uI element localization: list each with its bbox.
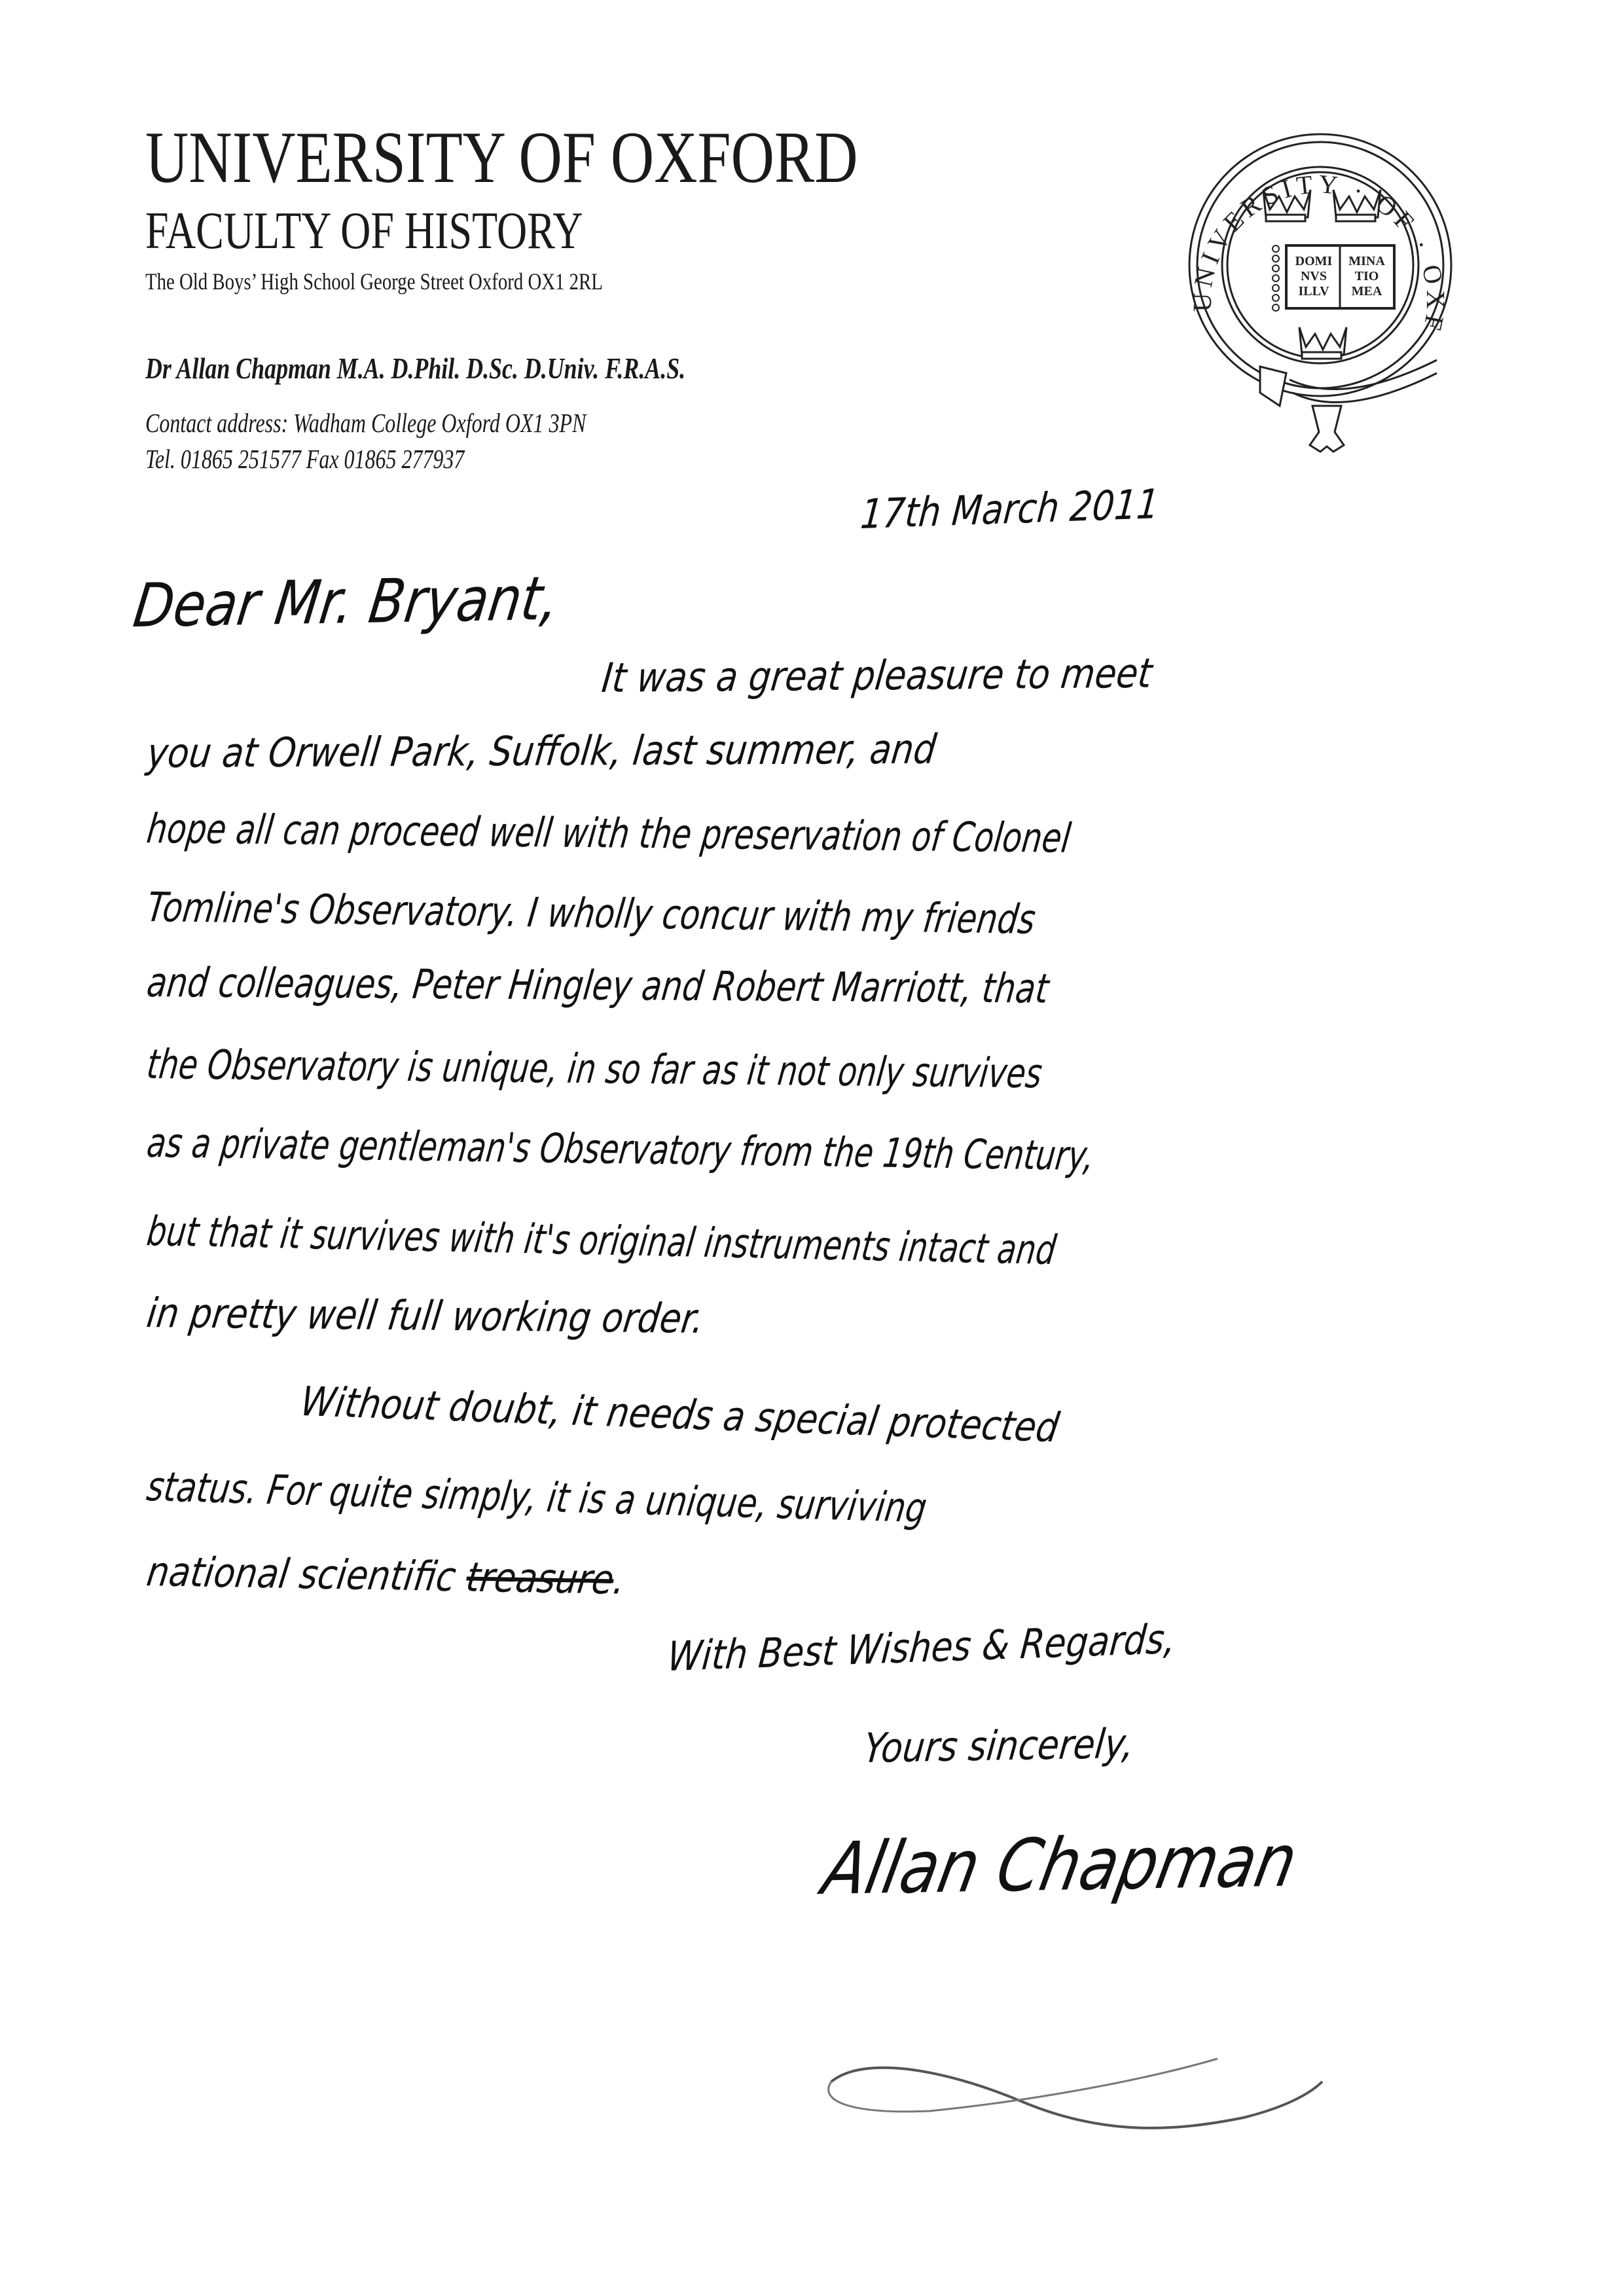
salutation: Dear Mr. Bryant,	[130, 569, 562, 637]
faculty-name: FACULTY OF HISTORY	[145, 205, 583, 257]
body-line-8: but that it survives with it's original …	[145, 1211, 1058, 1271]
body-line-12-text: national scientific	[144, 1547, 459, 1600]
body-line-3: hope all can proceed well with the prese…	[145, 808, 1073, 859]
letter-date: 17th March 2011	[859, 484, 1161, 535]
body-line-10: Without doubt, it needs a special protec…	[298, 1381, 1062, 1448]
body-line-6: the Observatory is unique, in so far as …	[145, 1044, 1044, 1094]
body-line-7: as a private gentleman's Observatory fro…	[145, 1123, 1096, 1176]
body-line-9: in pretty well full working order.	[145, 1293, 706, 1339]
signature-flourish	[812, 2055, 1362, 2141]
sign-off: Yours sincerely,	[862, 1724, 1136, 1769]
book-text-right-3: MEA	[1352, 284, 1382, 298]
book-text-left-1: DOMI	[1295, 254, 1333, 268]
telephone-fax: Tel. 01865 251577 Fax 01865 277937	[145, 446, 464, 473]
book-text-left-3: ILLV	[1298, 284, 1329, 298]
book-text-left-2: NVS	[1301, 269, 1327, 283]
book-text-right-1: MINA	[1348, 254, 1385, 268]
body-line-4: Tomline's Observatory. I wholly concur w…	[145, 887, 1038, 940]
university-seal-icon: UNIVERSITY · OF · OXFORD DOMI NVS ILLV M…	[1175, 131, 1456, 458]
struck-word: treasure	[463, 1553, 617, 1604]
author-name-credentials: Dr Allan Chapman M.A. D.Phil. D.Sc. D.Un…	[145, 353, 685, 384]
book-text-right-2: TIO	[1355, 269, 1379, 283]
signature: Allan Chapman	[818, 1824, 1303, 1905]
body-line-5: and colleagues, Peter Hingley and Robert…	[145, 962, 1051, 1009]
body-line-11: status. For quite simply, it is a unique…	[145, 1466, 929, 1528]
contact-address: Contact address: Wadham College Oxford O…	[145, 410, 586, 437]
body-line-12: national scientific treasure.	[145, 1551, 628, 1600]
closing: With Best Wishes & Regards,	[666, 1619, 1177, 1677]
faculty-address: The Old Boys’ High School George Street …	[145, 270, 603, 293]
institution-title: UNIVERSITY OF OXFORD	[145, 121, 858, 194]
body-line-1: It was a great pleasure to meet	[600, 653, 1155, 698]
body-line-2: you at Orwell Park, Suffolk, last summer…	[145, 729, 938, 774]
